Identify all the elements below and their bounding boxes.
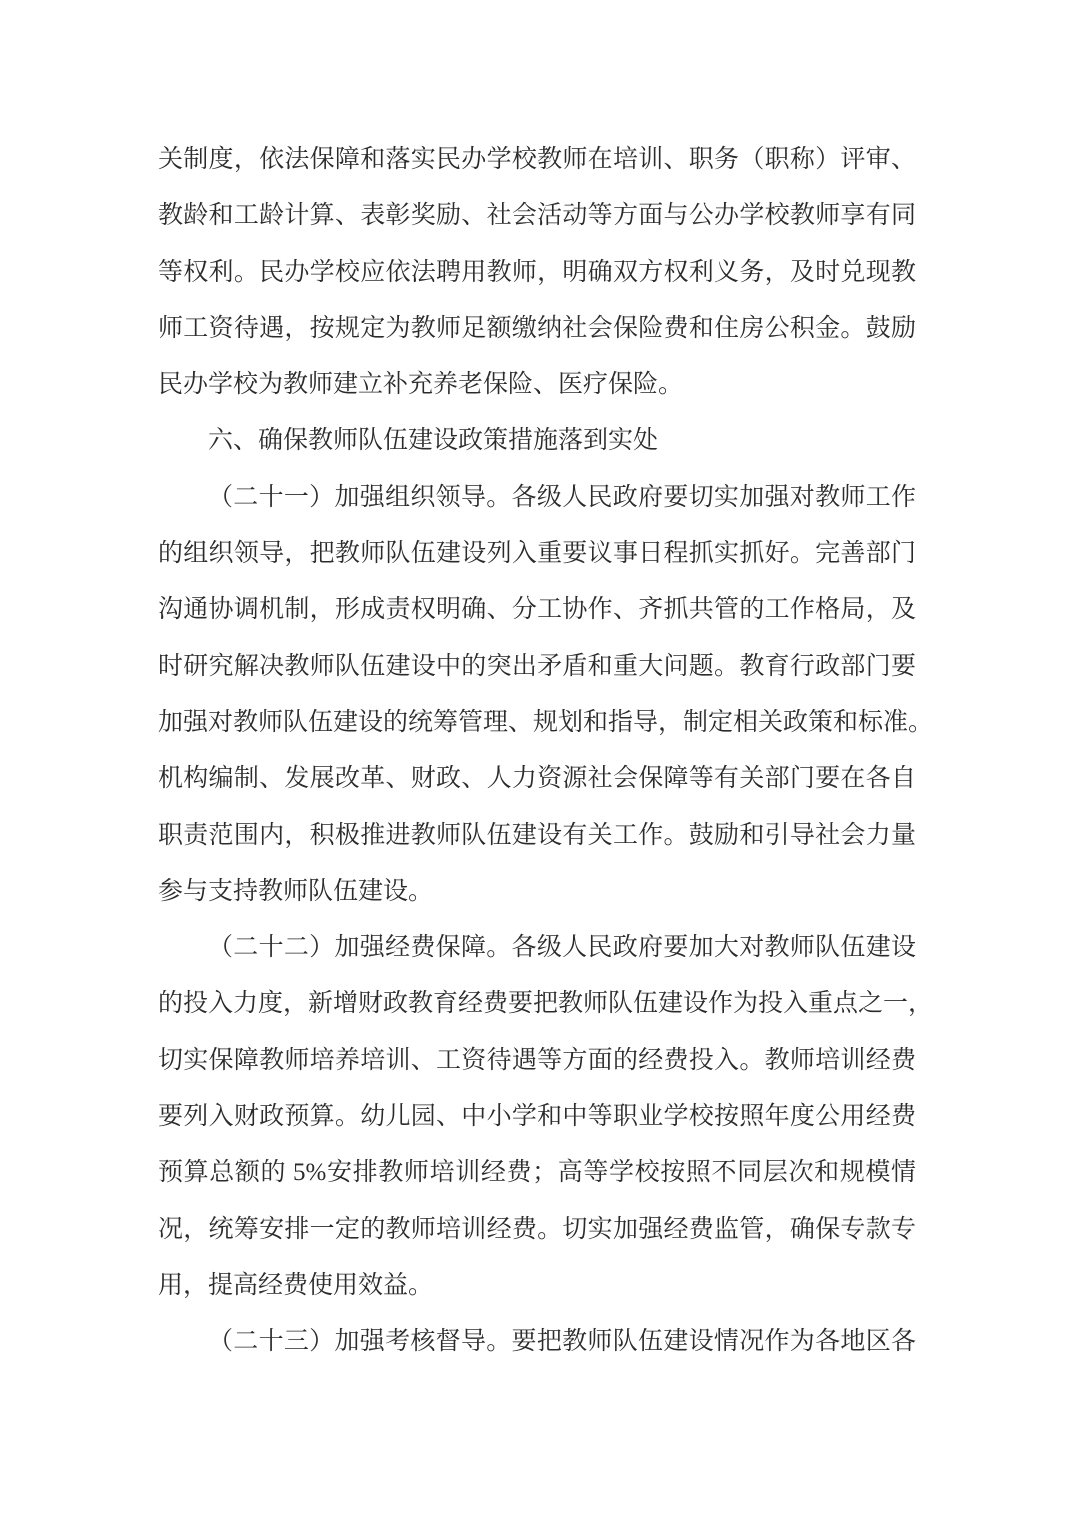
text-line: 时研究解决教师队伍建设中的突出矛盾和重大问题。教育行政部门要 [158,639,916,695]
text-line: 教龄和工龄计算、表彰奖励、社会活动等方面与公办学校教师享有同 [158,188,916,244]
text-line: 关制度，依法保障和落实民办学校教师在培训、职务（职称）评审、 [158,132,916,188]
paragraph-21-organizational-leadership: （二十一）加强组织领导。各级人民政府要切实加强对教师工作的组织领导，把教师队伍建… [158,470,916,920]
text-line: 参与支持教师队伍建设。 [158,864,916,920]
text-line: 用，提高经费使用效益。 [158,1258,916,1314]
text-line: 的组织领导，把教师队伍建设列入重要议事日程抓实抓好。完善部门 [158,526,916,582]
text-line: 预算总额的 5%安排教师培训经费；高等学校按照不同层次和规模情 [158,1145,916,1201]
section-heading-6: 六、确保教师队伍建设政策措施落到实处 [158,413,916,469]
text-line: 的投入力度，新增财政教育经费要把教师队伍建设作为投入重点之一， [158,976,916,1032]
text-line: 职责范围内，积极推进教师队伍建设有关工作。鼓励和引导社会力量 [158,808,916,864]
text-line: （二十三）加强考核督导。要把教师队伍建设情况作为各地区各 [158,1314,916,1370]
paragraph-22-funding-guarantee: （二十二）加强经费保障。各级人民政府要加大对教师队伍建设的投入力度，新增财政教育… [158,920,916,1314]
text-line: 况，统筹安排一定的教师培训经费。切实加强经费监管，确保专款专 [158,1202,916,1258]
text-line: 切实保障教师培养培训、工资待遇等方面的经费投入。教师培训经费 [158,1033,916,1089]
text-line: 机构编制、发展改革、财政、人力资源社会保障等有关部门要在各自 [158,751,916,807]
paragraph-23-assessment-supervision: （二十三）加强考核督导。要把教师队伍建设情况作为各地区各 [158,1314,916,1370]
text-line: （二十一）加强组织领导。各级人民政府要切实加强对教师工作 [158,470,916,526]
text-line: 等权利。民办学校应依法聘用教师，明确双方权利义务，及时兑现教 [158,245,916,301]
text-line: 沟通协调机制，形成责权明确、分工协作、齐抓共管的工作格局，及 [158,582,916,638]
document-page: 关制度，依法保障和落实民办学校教师在培训、职务（职称）评审、教龄和工龄计算、表彰… [0,0,1074,1520]
text-line: 师工资待遇，按规定为教师足额缴纳社会保险费和住房公积金。鼓励 [158,301,916,357]
paragraph-continued-private-school-teachers: 关制度，依法保障和落实民办学校教师在培训、职务（职称）评审、教龄和工龄计算、表彰… [158,132,916,413]
document-body: 关制度，依法保障和落实民办学校教师在培训、职务（职称）评审、教龄和工龄计算、表彰… [158,132,916,1371]
text-line: 六、确保教师队伍建设政策措施落到实处 [158,413,916,469]
text-line: 民办学校为教师建立补充养老保险、医疗保险。 [158,357,916,413]
text-line: 加强对教师队伍建设的统筹管理、规划和指导，制定相关政策和标准。 [158,695,916,751]
text-line: （二十二）加强经费保障。各级人民政府要加大对教师队伍建设 [158,920,916,976]
text-line: 要列入财政预算。幼儿园、中小学和中等职业学校按照年度公用经费 [158,1089,916,1145]
